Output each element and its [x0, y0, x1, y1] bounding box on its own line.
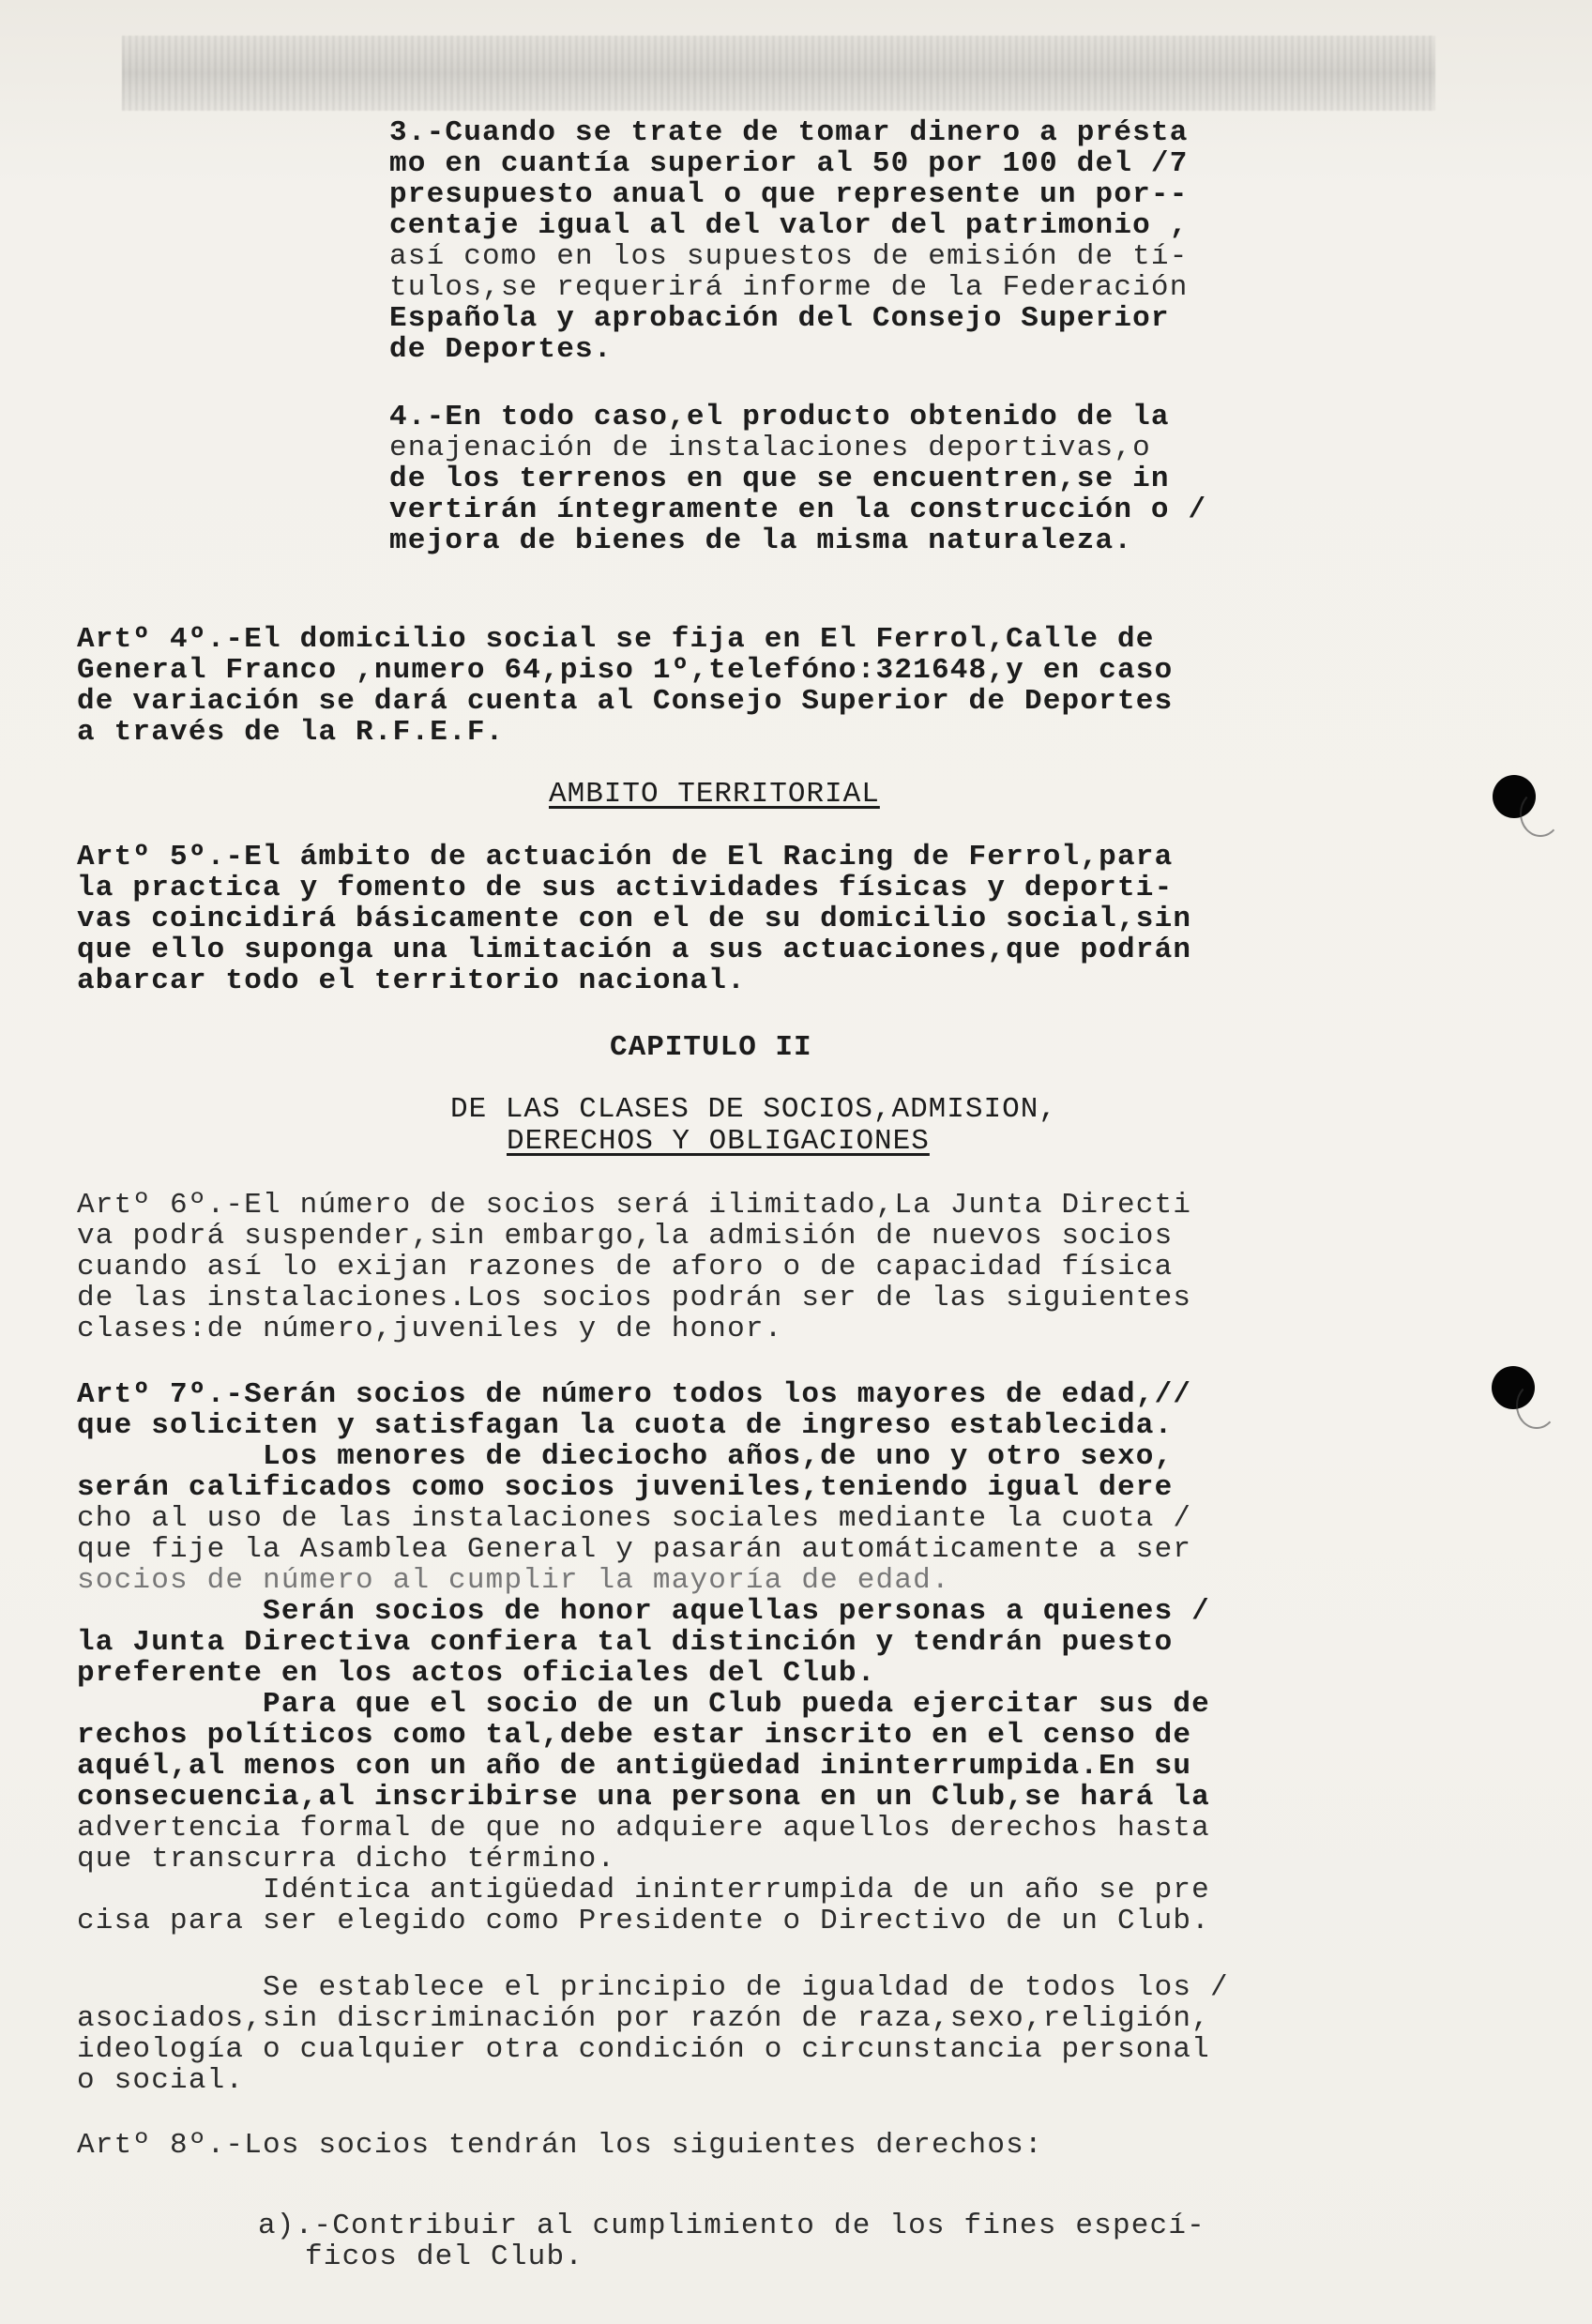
- text-line: que soliciten y satisfagan la cuota de i…: [77, 1410, 1173, 1441]
- text-line: Artº 4º.-El domicilio social se fija en …: [77, 624, 1155, 655]
- text-line: preferente en los actos oficiales del Cl…: [77, 1658, 876, 1689]
- text-line: mejora de bienes de la misma naturaleza.: [389, 525, 1132, 556]
- text-line: de las instalaciones.Los socios podrán s…: [77, 1283, 1191, 1314]
- text-line: ficos del Club.: [305, 2241, 584, 2272]
- text-line: va podrá suspender,sin embargo,la admisi…: [77, 1221, 1173, 1252]
- text-line: que transcurra dicho término.: [77, 1844, 615, 1875]
- text-line: de Deportes.: [389, 334, 613, 365]
- text-line: socios de número al cumplir la mayoría d…: [77, 1565, 950, 1596]
- section-heading-ambito: AMBITO TERRITORIAL: [549, 779, 880, 811]
- text-line: clases:de número,juveniles y de honor.: [77, 1314, 783, 1344]
- typewritten-page: 3.-Cuando se trate de tomar dinero a pré…: [0, 0, 1592, 2324]
- text-line: 3.-Cuando se trate de tomar dinero a pré…: [389, 117, 1189, 148]
- text-line: vertirán íntegramente en la construcción…: [389, 494, 1206, 525]
- text-line: que fije la Asamblea General y pasarán a…: [77, 1534, 1191, 1565]
- chapter-subtitle-line: DERECHOS Y OBLIGACIONES: [507, 1126, 930, 1158]
- text-line: la Junta Directiva confiera tal distinci…: [77, 1627, 1173, 1658]
- text-line: Artº 5º.-El ámbito de actuación de El Ra…: [77, 842, 1173, 873]
- text-line: consecuencia,al inscribirse una persona …: [77, 1782, 1210, 1813]
- text-line: así como en los supuestos de emisión de …: [389, 241, 1189, 272]
- text-line: General Franco ,numero 64,piso 1º,telefó…: [77, 655, 1173, 686]
- punch-hole-ring: [1520, 790, 1561, 837]
- text-line: Española y aprobación del Consejo Superi…: [389, 303, 1170, 334]
- text-line: Idéntica antigüedad ininterrumpida de un…: [77, 1875, 1210, 1906]
- text-line: Serán socios de honor aquellas personas …: [77, 1596, 1210, 1627]
- text-line: que ello suponga una limitación a sus ac…: [77, 934, 1191, 965]
- text-line: Para que el socio de un Club pueda ejerc…: [77, 1689, 1210, 1720]
- text-line: tulos,se requerirá informe de la Federac…: [389, 272, 1189, 303]
- text-line: Artº 6º.-El número de socios será ilimit…: [77, 1190, 1191, 1221]
- punch-hole-ring: [1516, 1382, 1557, 1429]
- text-line: a).-Contribuir al cumplimiento de los fi…: [258, 2210, 1205, 2241]
- text-line: ideología o cualquier otra condición o c…: [77, 2034, 1210, 2065]
- text-line: asociados,sin discriminación por razón d…: [77, 2003, 1210, 2034]
- text-line: vas coincidirá básicamente con el de su …: [77, 904, 1191, 934]
- chapter-subtitle-line: DE LAS CLASES DE SOCIOS,ADMISION,: [450, 1094, 1057, 1126]
- chapter-heading: CAPITULO II: [610, 1032, 812, 1064]
- text-line: centaje igual al del valor del patrimoni…: [389, 210, 1189, 241]
- text-line: abarcar todo el territorio nacional.: [77, 965, 746, 996]
- text-line: cisa para ser elegido como Presidente o …: [77, 1906, 1210, 1937]
- text-line: la practica y fomento de sus actividades…: [77, 873, 1173, 904]
- text-line: cuando así lo exijan razones de aforo o …: [77, 1252, 1173, 1283]
- text-line: a través de la R.F.E.F.: [77, 717, 504, 748]
- smudged-header-band: [122, 36, 1435, 111]
- text-line: advertencia formal de que no adquiere aq…: [77, 1813, 1210, 1844]
- text-line: presupuesto anual o que represente un po…: [389, 179, 1189, 210]
- text-line: de los terrenos en que se encuentren,se …: [389, 463, 1170, 494]
- text-line: de variación se dará cuenta al Consejo S…: [77, 686, 1173, 717]
- text-line: rechos políticos como tal,debe estar ins…: [77, 1720, 1191, 1751]
- text-line: Se establece el principio de igualdad de…: [77, 1972, 1229, 2003]
- text-line: aquél,al menos con un año de antigüedad …: [77, 1751, 1191, 1782]
- text-line: mo en cuantía superior al 50 por 100 del…: [389, 148, 1189, 179]
- text-line: o social.: [77, 2065, 244, 2096]
- text-line: 4.-En todo caso,el producto obtenido de …: [389, 402, 1170, 433]
- text-line: cho al uso de las instalaciones sociales…: [77, 1503, 1191, 1534]
- text-line: Artº 7º.-Serán socios de número todos lo…: [77, 1379, 1191, 1410]
- text-line: Los menores de dieciocho años,de uno y o…: [77, 1441, 1173, 1472]
- text-line: enajenación de instalaciones deportivas,…: [389, 433, 1151, 463]
- article-8-heading: Artº 8º.-Los socios tendrán los siguient…: [77, 2130, 1043, 2161]
- text-line: serán calificados como socios juveniles,…: [77, 1472, 1173, 1503]
